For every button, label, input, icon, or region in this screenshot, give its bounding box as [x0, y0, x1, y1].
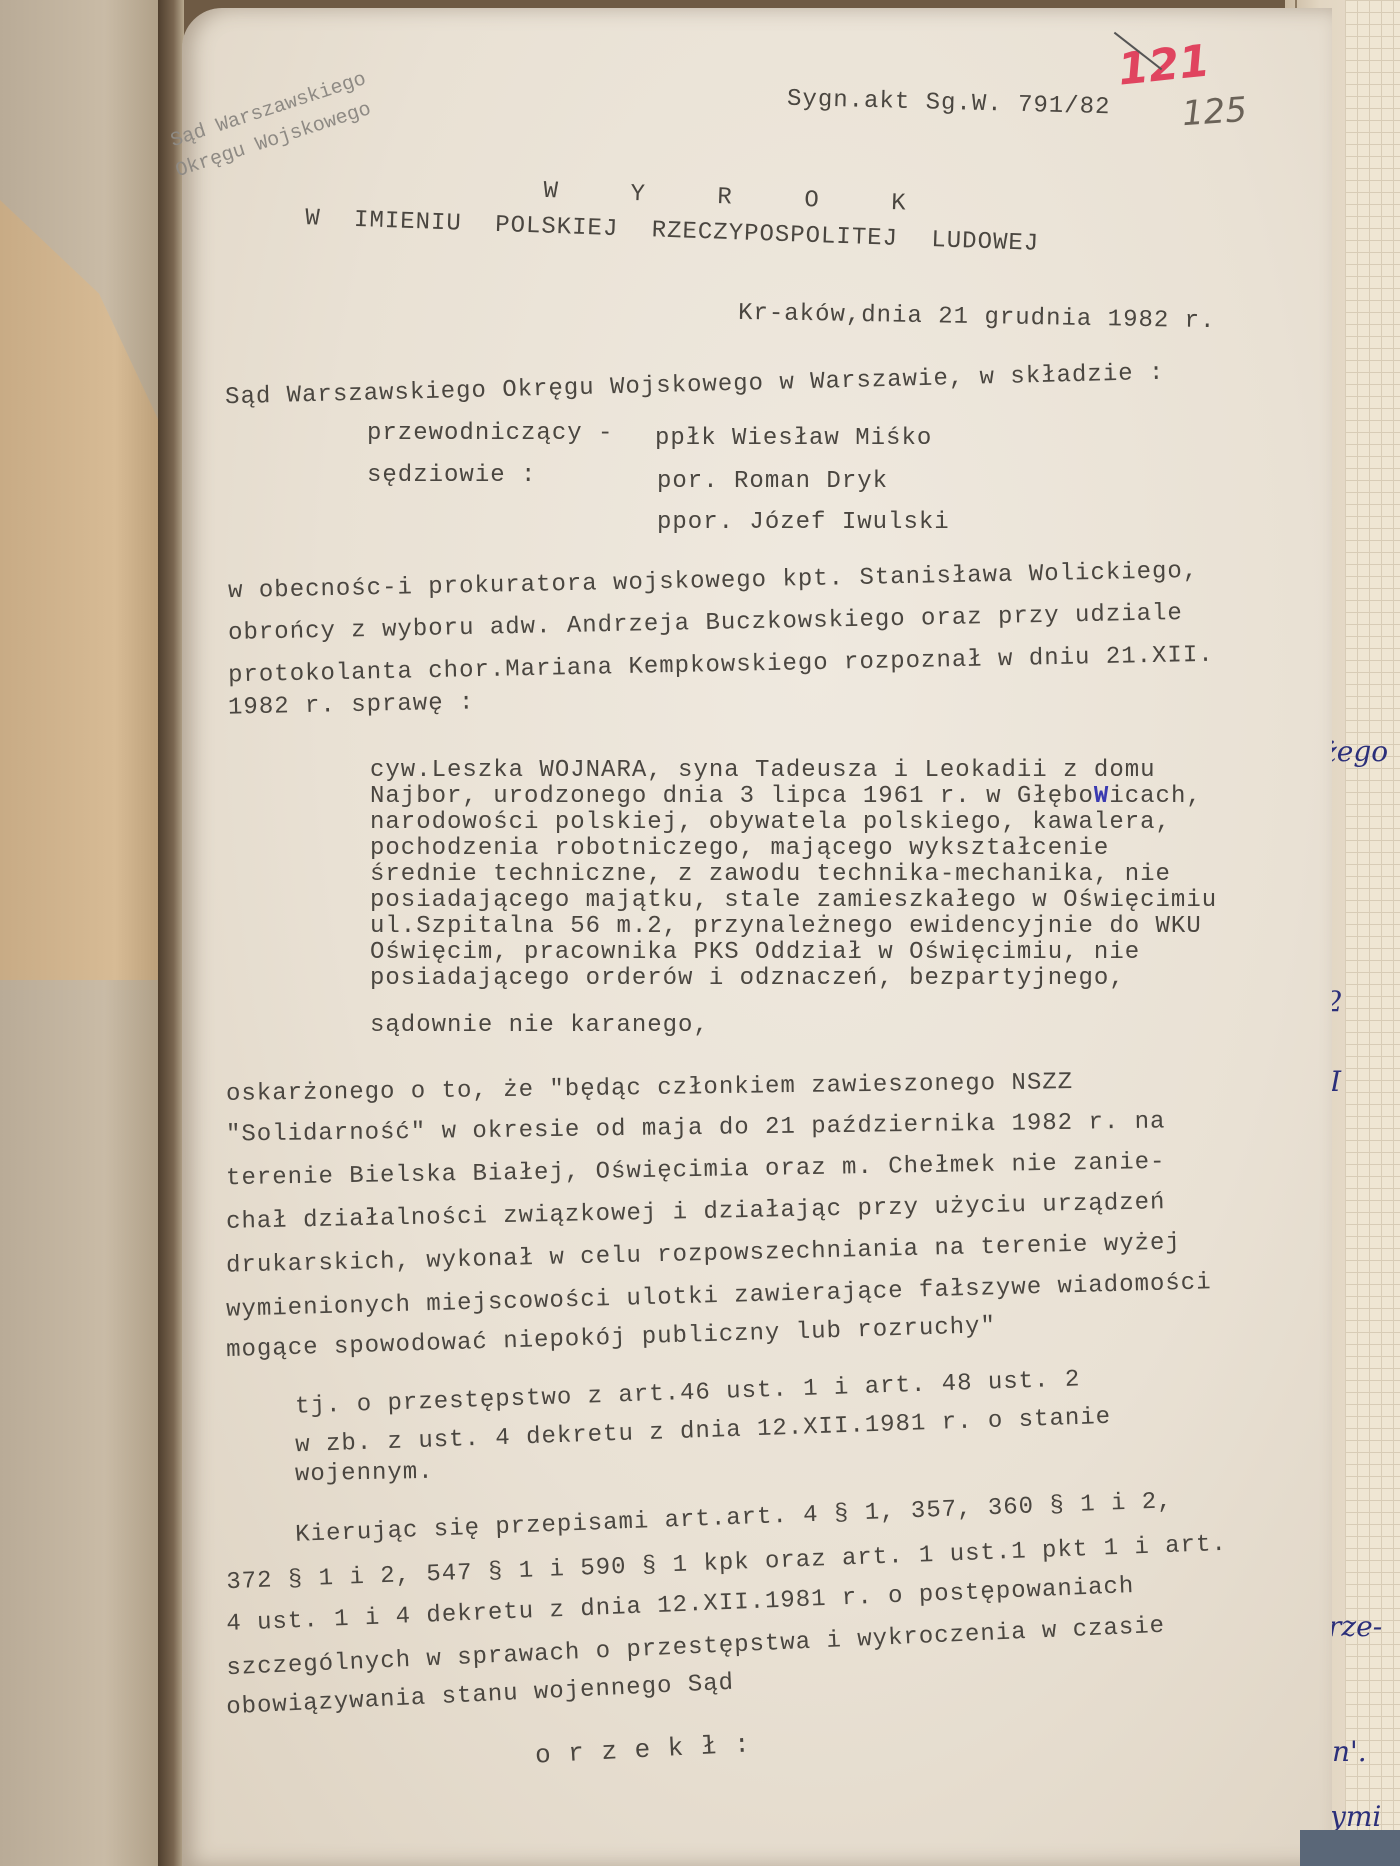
defendant-line: sądownie nie karanego,: [370, 1012, 709, 1039]
defendant-text: Najbor, urodzonego dnia 3 lipca 1961 r. …: [370, 783, 1094, 810]
defendant-text: icach,: [1109, 783, 1201, 810]
margin-note: rze-: [1328, 1610, 1382, 1643]
title-letter: W: [543, 178, 631, 208]
defendant-line: cyw.Leszka WOJNARA, syna Tadeusza i Leok…: [370, 757, 1156, 784]
defendant-line: ul.Szpitalna 56 m.2, przynależnego ewide…: [370, 913, 1202, 940]
grid-paper-sheet: [1345, 0, 1400, 1866]
title-letter: O: [804, 187, 892, 217]
binder-gutter: [158, 0, 184, 1866]
title-letter: K: [891, 190, 979, 220]
margin-note: n'.: [1332, 1735, 1367, 1768]
chair-name: ppłk Wiesław Miśko: [655, 425, 932, 452]
title-letter: Y: [630, 181, 718, 211]
chair-label: przewodniczący -: [367, 420, 613, 447]
defendant-line: średnie techniczne, z zawodu technika-me…: [370, 861, 1171, 888]
presence-line: 1982 r. sprawę :: [228, 689, 475, 721]
judges-label: sędziowie :: [367, 462, 536, 489]
defendant-line: posiadającego majątku, stale zamieszkałe…: [370, 887, 1217, 914]
offense-line: wojennym.: [295, 1459, 434, 1488]
handwritten-correction: W: [1094, 783, 1109, 810]
defendant-line: Oświęcim, pracownika PKS Oddział w Oświę…: [370, 939, 1140, 966]
defendant-line: narodowości polskiej, obywatela polskieg…: [370, 809, 1171, 836]
page-number-pencil: 125: [1181, 90, 1249, 134]
title-letter: R: [717, 184, 805, 214]
judge-name: por. Roman Dryk: [657, 468, 888, 495]
judge-name: ppor. Józef Iwulski: [657, 509, 950, 536]
desk-surface: [1300, 1830, 1400, 1866]
defendant-line: posiadającego orderów i odznaczeń, bezpa…: [370, 965, 1125, 992]
margin-note: ymi: [1330, 1800, 1381, 1833]
defendant-line: Najbor, urodzonego dnia 3 lipca 1961 r. …: [370, 783, 1202, 810]
defendant-line: pochodzenia robotniczego, mającego wyksz…: [370, 835, 1109, 862]
